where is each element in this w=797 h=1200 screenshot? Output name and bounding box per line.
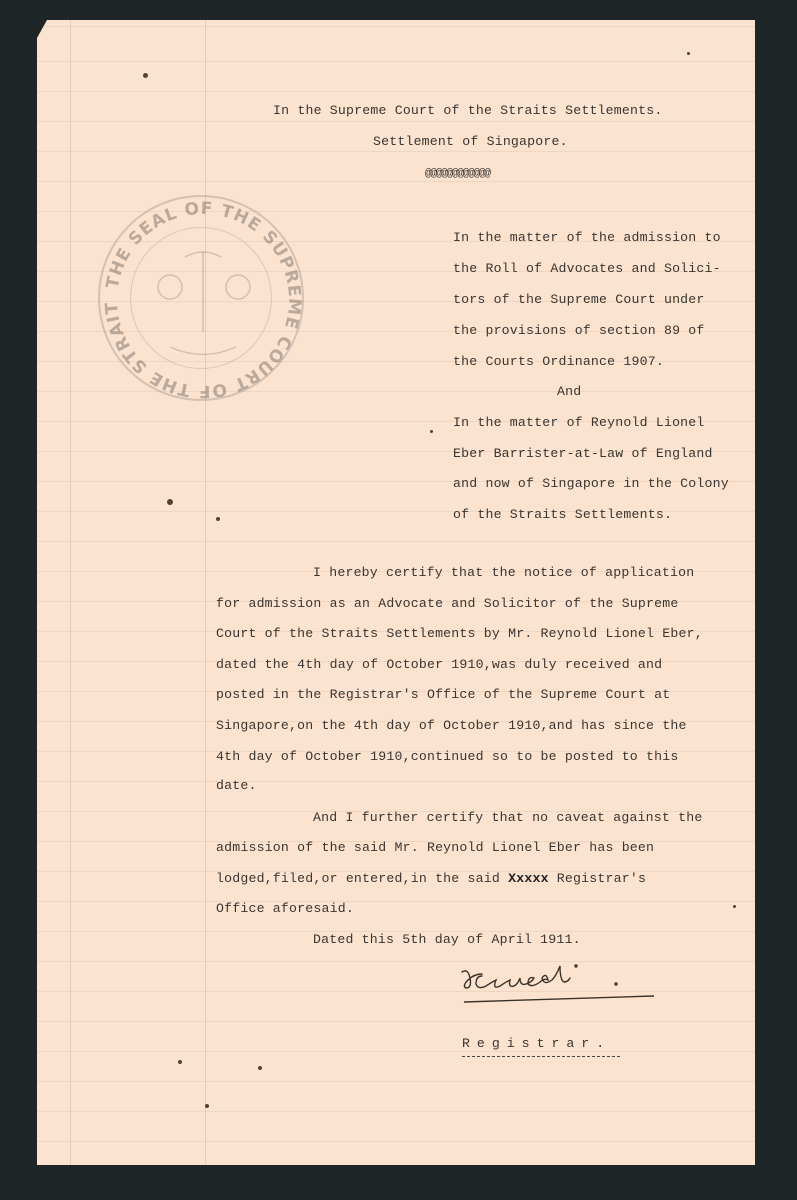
- registrar-underline: [462, 1056, 620, 1057]
- dated-line: Dated this 5th day of April 1911.: [313, 932, 581, 948]
- foxing-spot: [143, 73, 148, 78]
- settlement-heading: Settlement of Singapore.: [373, 134, 568, 150]
- court-heading: In the Supreme Court of the Straits Sett…: [273, 103, 662, 119]
- matter-line: the provisions of section 89 of: [453, 323, 705, 339]
- certificate-line: dated the 4th day of October 1910,was du…: [216, 657, 662, 673]
- foxing-spot: [733, 905, 736, 908]
- matter-line: tors of the Supreme Court under: [453, 292, 705, 308]
- matter-line: and now of Singapore in the Colony: [453, 476, 729, 492]
- matter-line: Eber Barrister-at-Law of England: [453, 446, 713, 462]
- matter-line: the Courts Ordinance 1907.: [453, 354, 664, 370]
- matter-line: the Roll of Advocates and Solici-: [453, 261, 721, 277]
- certificate-line: I hereby certify that the notice of appl…: [313, 565, 694, 581]
- certificate-line: admission of the said Mr. Reynold Lionel…: [216, 840, 654, 856]
- seal-text-icon: THE SEAL OF THE SUPREME COURT OF THE STR…: [100, 197, 306, 403]
- struck-out-word: Xxxxx: [508, 871, 549, 886]
- certificate-line: date.: [216, 778, 257, 794]
- certificate-line: Office aforesaid.: [216, 901, 354, 917]
- margin-line: [70, 20, 71, 1165]
- foxing-spot: [258, 1066, 262, 1070]
- foxing-spot: [167, 499, 173, 505]
- foxing-spot: [205, 1104, 209, 1108]
- matter-line: In the matter of the admission to: [453, 230, 721, 246]
- certificate-line: Singapore,on the 4th day of October 1910…: [216, 718, 687, 734]
- certificate-line: posted in the Registrar's Office of the …: [216, 687, 670, 703]
- matter-line: In the matter of Reynold Lionel: [453, 415, 705, 431]
- ornament-divider: @@@@@@@@@@@@: [425, 166, 490, 182]
- certificate-line-text: lodged,filed,or entered,in the said: [216, 871, 508, 886]
- svg-text:THE SEAL OF THE SUPREME COURT: THE SEAL OF THE SUPREME COURT OF THE STR…: [100, 197, 304, 401]
- registrar-title: Registrar.: [462, 1036, 611, 1052]
- foxing-spot: [687, 52, 690, 55]
- certificate-line: lodged,filed,or entered,in the said Xxxx…: [216, 871, 646, 887]
- margin-line: [205, 20, 206, 1165]
- foxing-spot: [216, 517, 220, 521]
- matter-line: of the Straits Settlements.: [453, 507, 672, 523]
- certificate-line: 4th day of October 1910,continued so to …: [216, 749, 679, 765]
- certificate-line: And I further certify that no caveat aga…: [313, 810, 702, 826]
- certificate-line: for admission as an Advocate and Solicit…: [216, 596, 679, 612]
- foxing-spot: [430, 430, 433, 433]
- signature-icon: [458, 958, 658, 1008]
- certificate-line: Court of the Straits Settlements by Mr. …: [216, 626, 703, 642]
- court-seal-stamp: THE SEAL OF THE SUPREME COURT OF THE STR…: [98, 195, 304, 401]
- foxing-spot: [178, 1060, 182, 1064]
- matter-conjunction: And: [557, 384, 581, 400]
- certificate-line-text: Registrar's: [549, 871, 646, 886]
